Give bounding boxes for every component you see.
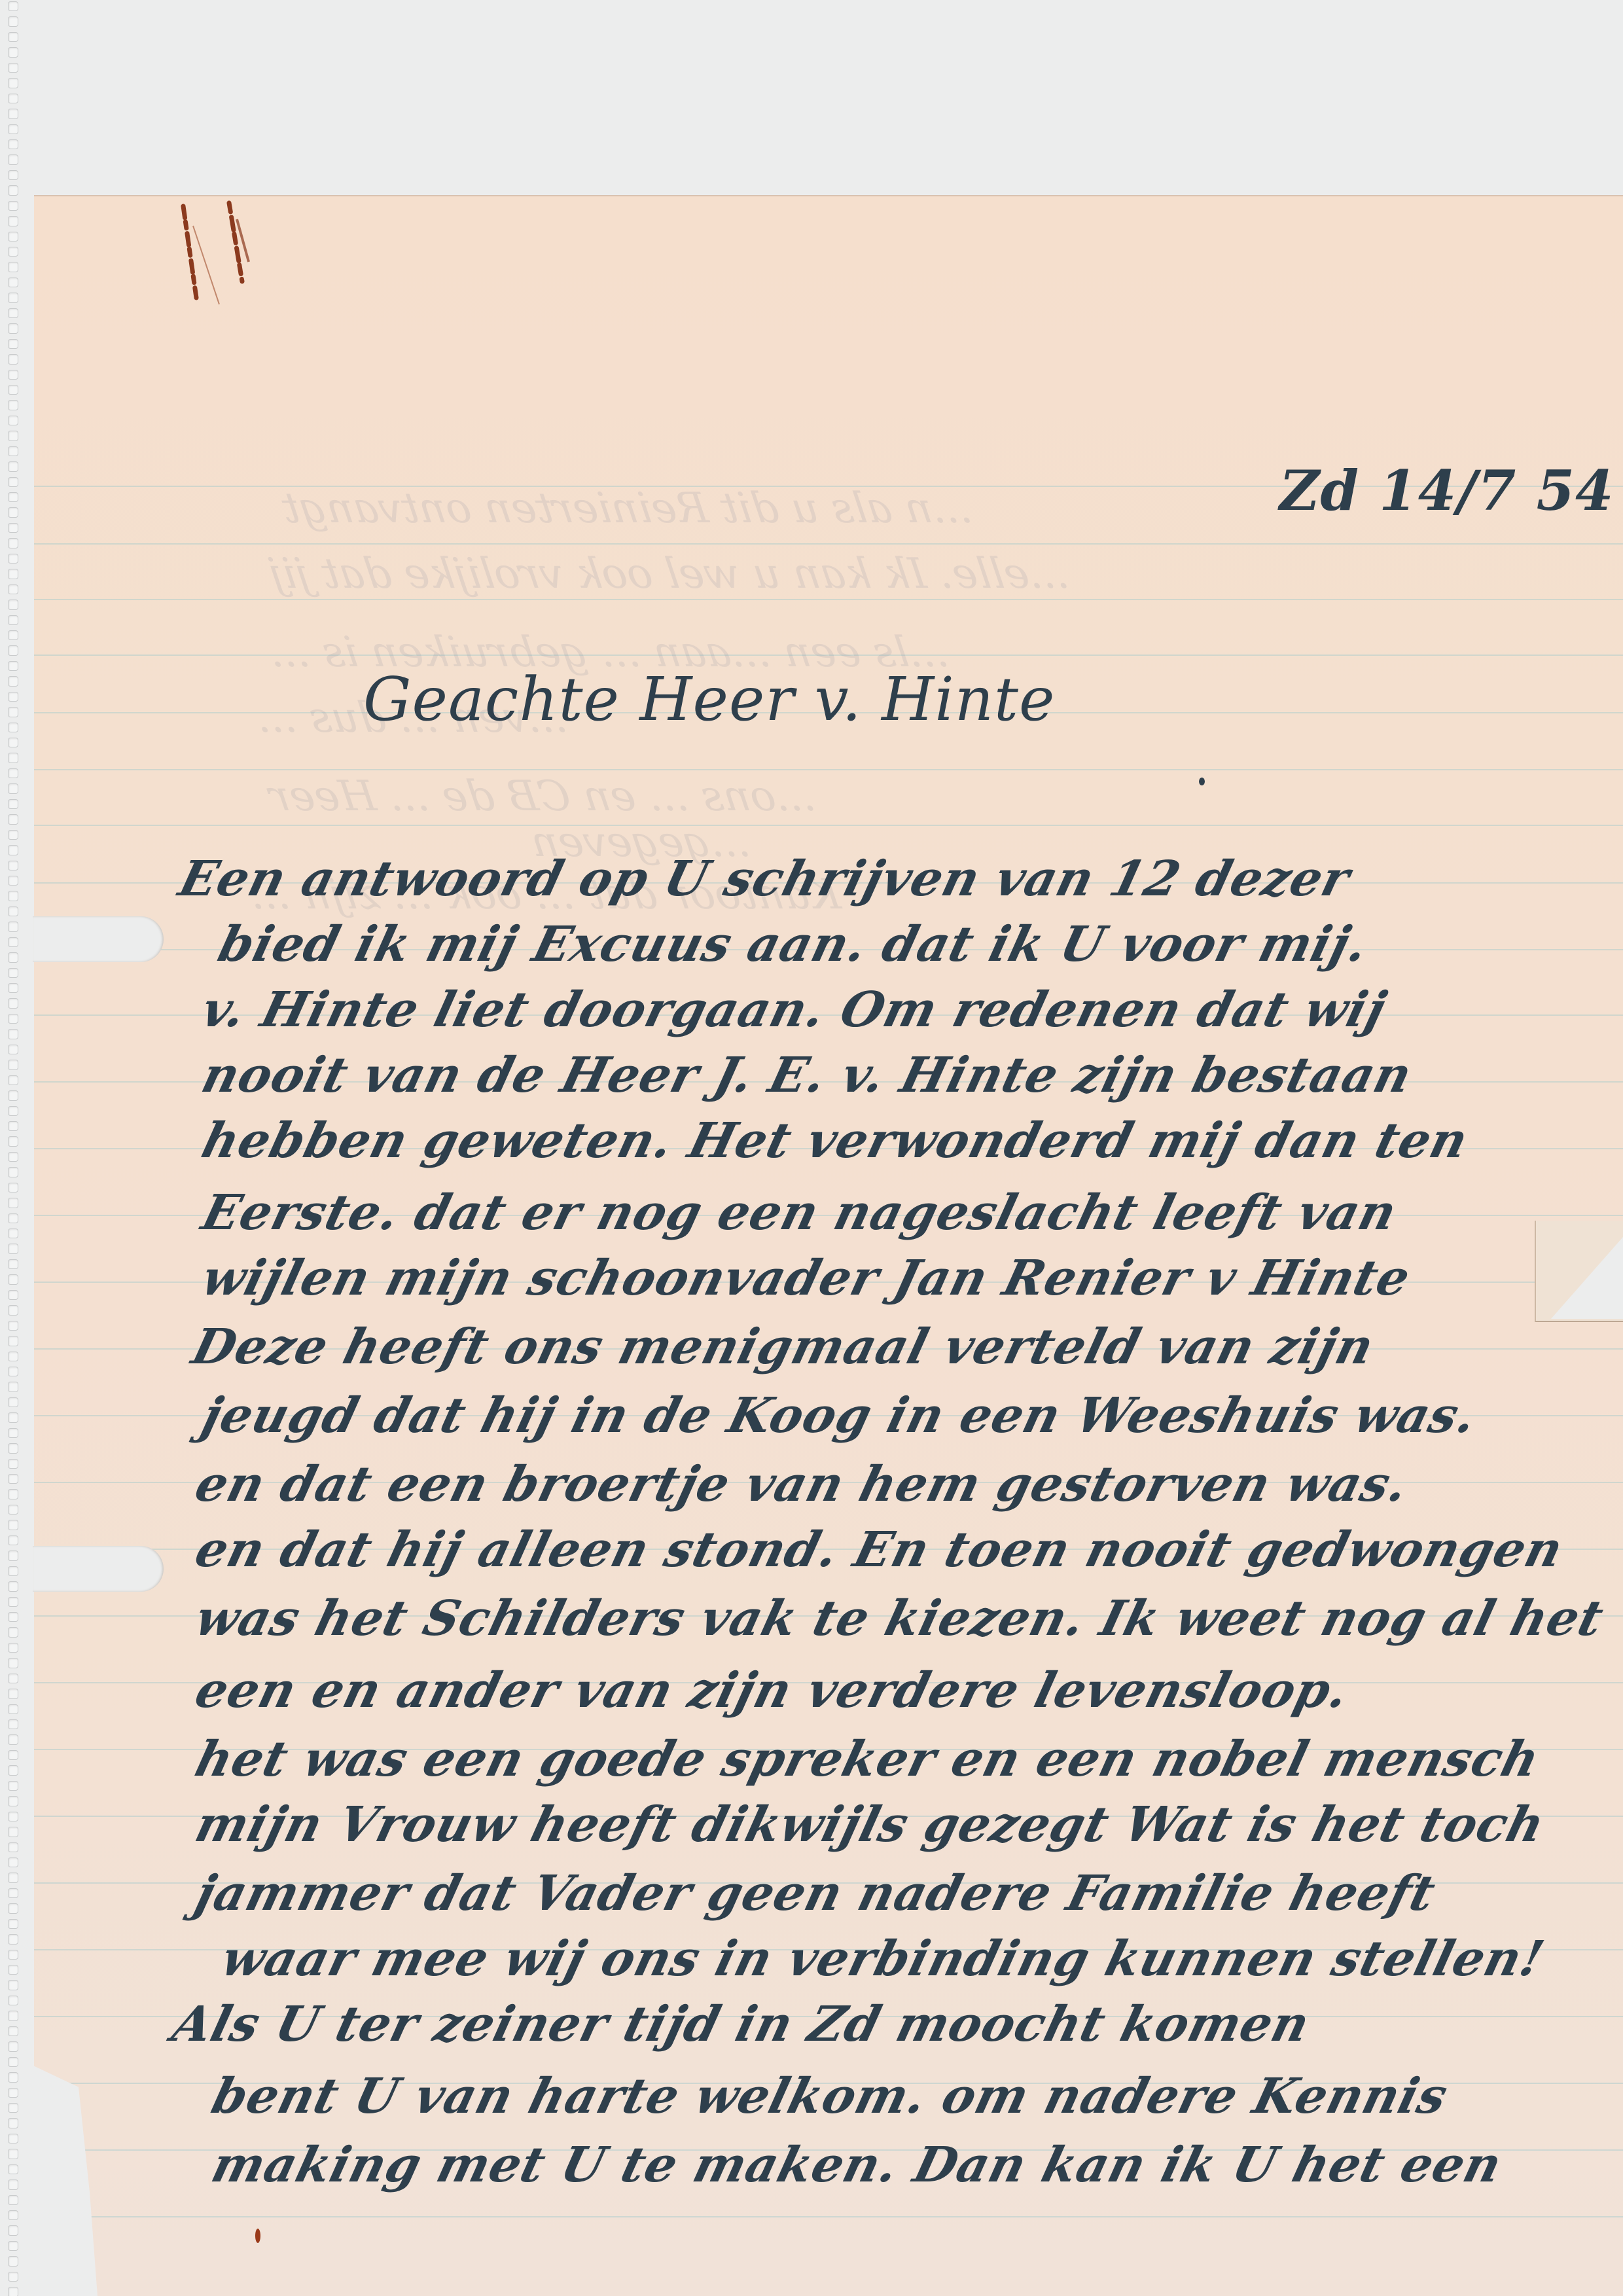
ruled-line	[34, 655, 1623, 656]
perforation-hole	[8, 492, 18, 502]
letter-line: mijn Vrouw heeft dikwijls gezegt Wat is …	[190, 1797, 1550, 1853]
letter-line: jeugd dat hij in de Koog in een Weeshuis…	[196, 1388, 1482, 1444]
perforation-hole	[8, 1903, 18, 1913]
perforation-hole	[8, 1244, 18, 1253]
perforation-hole	[8, 661, 18, 671]
perforation-hole	[8, 676, 18, 686]
letter-line: bent U van harte welkom. om nadere Kenni…	[206, 2068, 1454, 2125]
perforation-hole	[8, 814, 18, 824]
perforation-hole	[8, 2287, 18, 2296]
perforation-hole	[8, 2210, 18, 2220]
perforation-hole	[8, 370, 18, 380]
perforation-hole	[8, 262, 18, 272]
bleed-through-text: ...elle. Ik kan u wel ook vrolijke dat j…	[266, 550, 1072, 598]
perforation-hole	[8, 1704, 18, 1714]
perforation-hole	[8, 2026, 18, 2036]
perforation-hole	[8, 507, 18, 517]
perforation-hole	[8, 1290, 18, 1300]
perforation-hole	[8, 1412, 18, 1422]
letter-line: Eerste. dat er nog een nageslacht leeft …	[196, 1185, 1402, 1241]
perforation-hole	[8, 1014, 18, 1024]
perforation-hole	[8, 584, 18, 594]
perforation-hole	[8, 47, 18, 57]
letter-line: Een antwoord op U schrijven van 12 dezer	[173, 851, 1356, 907]
perforation-hole	[8, 1489, 18, 1499]
perforation-hole	[8, 1888, 18, 1898]
perforation-hole	[8, 1029, 18, 1039]
perforation-hole	[8, 1950, 18, 1960]
perforation-hole	[8, 1428, 18, 1438]
red-pencil-marks	[177, 200, 255, 311]
letter-line: en dat hij alleen stond. En toen nooit g…	[190, 1522, 1569, 1578]
perforation-hole	[8, 2041, 18, 2051]
perforation-hole	[8, 2011, 18, 2020]
perforation-hole	[8, 1443, 18, 1453]
perforation-hole	[8, 477, 18, 487]
perforation-hole	[8, 1674, 18, 1683]
perforation-hole	[8, 783, 18, 793]
perforation-hole	[8, 170, 18, 180]
perforation-hole	[8, 1259, 18, 1269]
letter-line: jammer dat Vader geen nadere Familie hee…	[190, 1865, 1441, 1922]
perforation-hole	[8, 738, 18, 747]
perforation-hole	[8, 1873, 18, 1882]
perforation-hole	[8, 2225, 18, 2235]
perforation-hole	[8, 1627, 18, 1637]
letter-line: hebben geweten. Het verwonderd mij dan t…	[196, 1113, 1474, 1169]
perforation-hole	[8, 139, 18, 149]
perforation-hole	[8, 1520, 18, 1530]
perforation-hole	[8, 278, 18, 287]
perforation-hole	[8, 830, 18, 840]
perforation-hole	[8, 1827, 18, 1837]
perforation-hole	[8, 600, 18, 609]
perforation-hole	[8, 1382, 18, 1391]
perforation-hole	[8, 385, 18, 395]
perforation-hole	[8, 554, 18, 564]
perforation-hole	[8, 2256, 18, 2266]
perforation-hole	[8, 983, 18, 993]
perforation-hole	[8, 354, 18, 364]
perforation-hole	[8, 952, 18, 962]
bleed-through-text: ...n als u dit Reinierten ontvangt	[279, 484, 975, 533]
perforation-hole	[8, 799, 18, 809]
perforation-hole	[8, 1934, 18, 1944]
perforation-hole	[8, 845, 18, 855]
perforation-hole	[8, 2057, 18, 2067]
perforation-hole	[8, 247, 18, 257]
perforation-hole	[8, 2134, 18, 2144]
perforation-hole	[8, 1106, 18, 1116]
place-date: Zd 14/7 54	[1279, 458, 1614, 523]
perforation-hole	[8, 78, 18, 88]
perforation-hole	[8, 768, 18, 778]
letter-line: bied ik mij Excuus aan. dat ik U voor mi…	[213, 916, 1374, 973]
perforation-hole	[8, 1060, 18, 1069]
perforation-hole	[8, 1167, 18, 1177]
perforation-hole	[8, 968, 18, 978]
perforation-hole	[8, 906, 18, 916]
letter-line: Als U ter zeiner tijd in Zd moocht komen	[167, 1996, 1315, 2053]
perforation-hole	[8, 2103, 18, 2113]
perforation-hole	[8, 1597, 18, 1607]
letter-line: Deze heeft ons menigmaal verteld van zij…	[187, 1319, 1380, 1375]
salutation: Geachte Heer v. Hinte	[363, 664, 1055, 734]
bleed-through-text: ...ons ... en CB de ... Heer	[266, 772, 819, 821]
perforation-hole	[8, 1812, 18, 1821]
perforation-hole	[8, 94, 18, 103]
perforation-hole	[8, 1, 18, 11]
perforation-hole	[8, 692, 18, 702]
perforation-hole	[8, 2072, 18, 2082]
perforation-hole	[8, 1750, 18, 1760]
perforation-hole	[8, 1352, 18, 1361]
perforation-hole	[8, 339, 18, 349]
letter-line: making met U te maken. Dan kan ik U het …	[206, 2137, 1508, 2193]
perforation-hole	[8, 1152, 18, 1162]
perforation-hole	[8, 1136, 18, 1146]
perforation-hole	[8, 2088, 18, 2098]
perforation-hole	[8, 922, 18, 931]
letter-line: het was een goede spreker en een nobel m…	[190, 1731, 1545, 1787]
perforation-hole	[8, 2241, 18, 2251]
perforation-hole	[8, 1551, 18, 1560]
ruled-line	[34, 599, 1623, 600]
perforation-hole	[8, 323, 18, 333]
perforation-hole	[8, 400, 18, 410]
perforation-hole	[8, 1581, 18, 1591]
perforation-hole	[8, 293, 18, 302]
ruled-line	[34, 825, 1623, 826]
perforation-hole	[8, 124, 18, 134]
perforation-hole	[8, 1505, 18, 1515]
perforation-hole	[8, 723, 18, 732]
perforation-hole	[8, 1274, 18, 1284]
ruled-line	[34, 769, 1623, 770]
perforation-hole	[8, 615, 18, 625]
perforation-hole	[8, 446, 18, 456]
perforation-hole	[8, 861, 18, 870]
perforation-hole	[8, 1719, 18, 1729]
letter-line: en dat een broertje van hem gestorven wa…	[190, 1456, 1414, 1513]
punch-hole	[33, 916, 164, 962]
perforation-hole	[8, 1459, 18, 1469]
perforation-hole	[8, 2149, 18, 2159]
perforation-hole	[8, 1857, 18, 1867]
letter-line: v. Hinte liet doorgaan. Om redenen dat w…	[196, 982, 1392, 1038]
perforation-hole	[8, 32, 18, 42]
perforation-hole	[8, 645, 18, 655]
perforation-hole	[8, 308, 18, 318]
letter-line: wijlen mijn schoonvader Jan Renier v Hin…	[196, 1250, 1416, 1306]
perforation-hole	[8, 1336, 18, 1346]
perforation-hole	[8, 876, 18, 886]
perforation-hole	[8, 461, 18, 471]
ink-dot	[1199, 778, 1205, 785]
ruled-line	[34, 543, 1623, 545]
perforation-hole	[8, 1305, 18, 1315]
perforation-hole	[8, 569, 18, 579]
perforation-hole	[8, 1229, 18, 1238]
perforation-hole	[8, 109, 18, 118]
perforation-hole	[8, 1367, 18, 1376]
letter-line: een en ander van zijn verdere levensloop…	[190, 1662, 1355, 1719]
perforation-hole	[8, 1996, 18, 2005]
perforation-hole	[8, 538, 18, 548]
perforation-hole	[8, 1183, 18, 1193]
perforation-hole	[8, 1658, 18, 1668]
perforation-hole	[8, 2272, 18, 2282]
letter-line: nooit van de Heer J. E. v. Hinte zijn be…	[196, 1047, 1418, 1103]
perforation-hole	[8, 707, 18, 717]
perforation-hole	[8, 431, 18, 440]
perforation-hole	[8, 1535, 18, 1545]
perforation-hole	[8, 937, 18, 947]
perforation-hole	[8, 63, 18, 73]
perforation-hole	[8, 1045, 18, 1054]
perforation-hole	[8, 185, 18, 195]
perforation-hole	[8, 1796, 18, 1806]
perforation-hole	[8, 1213, 18, 1223]
red-ink-blot	[255, 2229, 260, 2243]
perforation-hole	[8, 998, 18, 1008]
sheet-protector-perforation	[8, 0, 25, 2296]
perforation-hole	[8, 1198, 18, 1208]
perforation-hole	[8, 1075, 18, 1085]
perforation-hole	[8, 1842, 18, 1852]
perforation-hole	[8, 216, 18, 226]
perforation-hole	[8, 1965, 18, 1975]
perforation-hole	[8, 753, 18, 762]
letter-line: was het Schilders vak te kiezen. Ik weet…	[190, 1590, 1609, 1647]
perforation-hole	[8, 416, 18, 425]
perforation-hole	[8, 523, 18, 533]
perforation-hole	[8, 1689, 18, 1698]
perforation-hole	[8, 1612, 18, 1622]
perforation-hole	[8, 630, 18, 640]
perforation-hole	[8, 1321, 18, 1331]
letter-line: waar mee wij ons in verbinding kunnen st…	[216, 1931, 1550, 1987]
perforation-hole	[8, 1734, 18, 1744]
perforation-hole	[8, 1765, 18, 1775]
perforation-hole	[8, 232, 18, 242]
perforation-hole	[8, 1643, 18, 1653]
perforation-hole	[8, 2195, 18, 2205]
perforation-hole	[8, 1980, 18, 1990]
perforation-hole	[8, 201, 18, 211]
perforation-hole	[8, 1566, 18, 1576]
perforation-hole	[8, 891, 18, 901]
perforation-hole	[8, 1090, 18, 1100]
ruled-line	[34, 2216, 1623, 2217]
perforation-hole	[8, 1474, 18, 1484]
perforation-hole	[8, 16, 18, 26]
perforation-hole	[8, 1781, 18, 1791]
perforation-hole	[8, 1397, 18, 1407]
perforation-hole	[8, 1121, 18, 1131]
perforation-hole	[8, 2164, 18, 2174]
perforation-hole	[8, 1919, 18, 1929]
perforation-hole	[8, 154, 18, 164]
perforation-hole	[8, 2179, 18, 2189]
punch-hole	[33, 1546, 164, 1592]
perforation-hole	[8, 2118, 18, 2128]
